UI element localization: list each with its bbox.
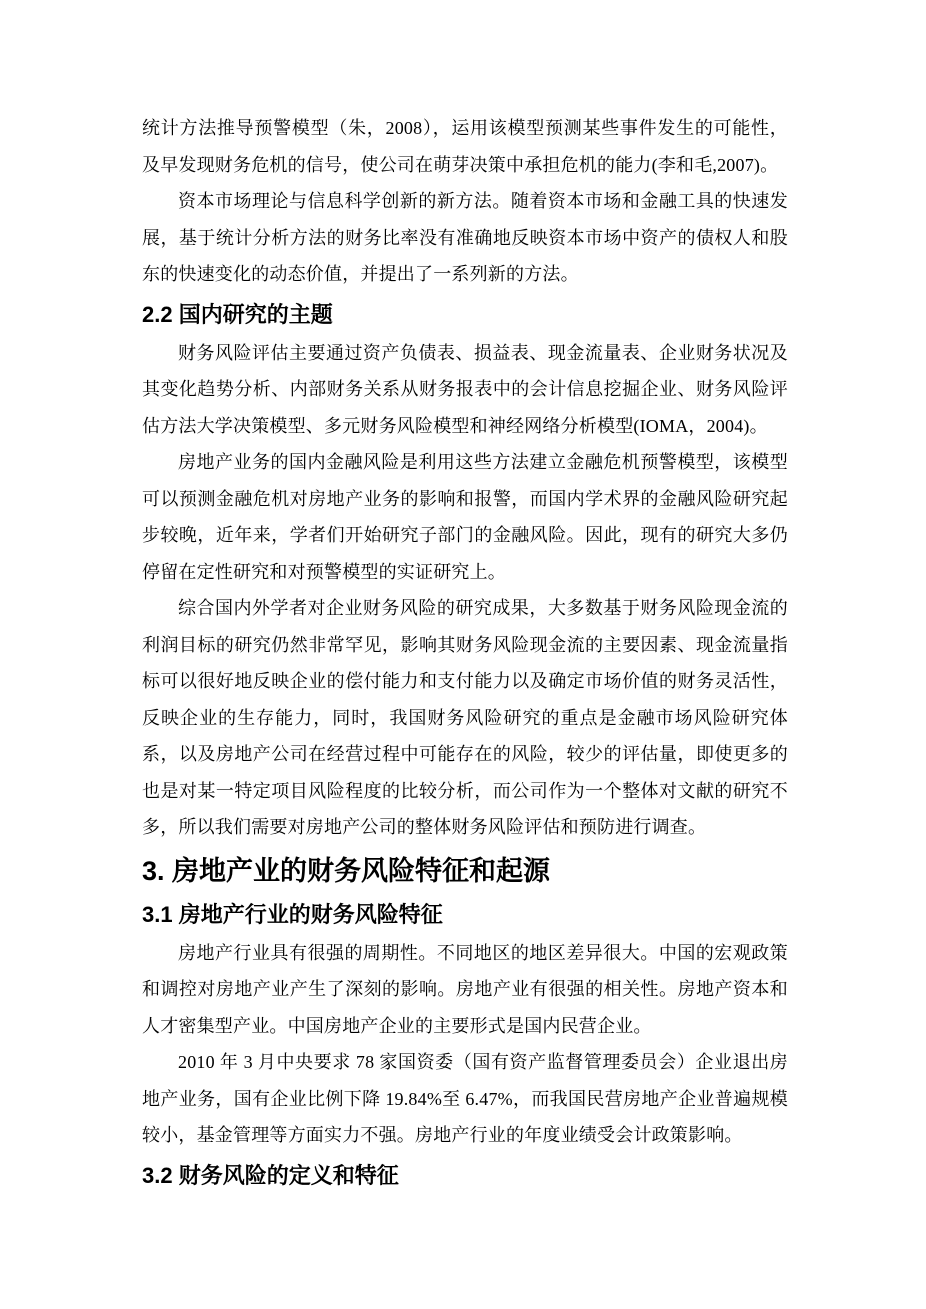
- paragraph-capital-market-theory: 资本市场理论与信息科学创新的新方法。随着资本市场和金融工具的快速发展，基于统计分…: [142, 183, 788, 293]
- paragraph-domestic-financial-risk-warning-model: 房地产业务的国内金融风险是利用这些方法建立金融危机预警模型，该模型可以预测金融危…: [142, 444, 788, 590]
- document-page: 统计方法推导预警模型（朱，2008），运用该模型预测某些事件发生的可能性，及早发…: [0, 0, 926, 1309]
- paragraph-statistical-method-warning-model: 统计方法推导预警模型（朱，2008），运用该模型预测某些事件发生的可能性，及早发…: [142, 110, 788, 183]
- section-heading-3-1-industry-risk-characteristics: 3.1 房地产行业的财务风险特征: [142, 895, 788, 935]
- paragraph-financial-risk-assessment-methods: 财务风险评估主要通过资产负债表、损益表、现金流量表、企业财务状况及其变化趋势分析…: [142, 335, 788, 445]
- section-heading-3-2-financial-risk-definition: 3.2 财务风险的定义和特征: [142, 1156, 788, 1196]
- section-heading-3-real-estate-risk-characteristics-origin: 3. 房地产业的财务风险特征和起源: [142, 849, 788, 893]
- paragraph-real-estate-industry-cyclicality: 房地产行业具有很强的周期性。不同地区的地区差异很大。中国的宏观政策和调控对房地产…: [142, 935, 788, 1045]
- paragraph-research-summary-cash-flow: 综合国内外学者对企业财务风险的研究成果，大多数基于财务风险现金流的利润目标的研究…: [142, 590, 788, 846]
- paragraph-2010-sasac-withdrawal: 2010 年 3 月中央要求 78 家国资委（国有资产监督管理委员会）企业退出房…: [142, 1044, 788, 1154]
- section-heading-2-2-domestic-research-topics: 2.2 国内研究的主题: [142, 295, 788, 335]
